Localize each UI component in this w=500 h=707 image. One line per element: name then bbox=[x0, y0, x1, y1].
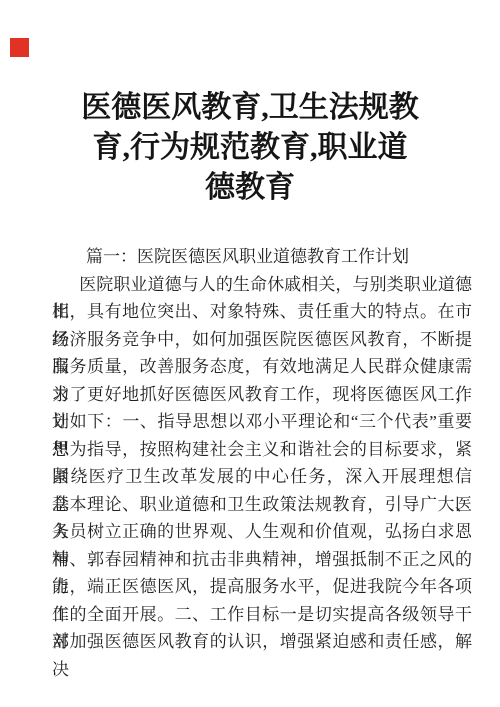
document-page: 医德医风教育,卫生法规教 育,行为规范教育,职业道 德教育 篇一：医院医德医风职… bbox=[0, 0, 500, 707]
body-line: 力，端正医德医风，提高服务水平，促进我院今年各项工 bbox=[52, 573, 472, 601]
title-line: 德教育 bbox=[30, 168, 470, 208]
section-heading: 篇一：医院医德医风职业道德教育工作计划 bbox=[52, 243, 472, 271]
body-line: 对加强医德医风教育的认识，增强紧迫感和责任感，解决 bbox=[52, 628, 472, 656]
document-title: 医德医风教育,卫生法规教 育,行为规范教育,职业道 德教育 bbox=[30, 88, 470, 208]
body-line: 划如下：一、指导思想以邓小平理论和“三个代表”重要思 bbox=[52, 408, 472, 436]
document-body: 篇一：医院医德医风职业道德教育工作计划 医院职业道德与人的生命休戚相关，与别类职… bbox=[52, 243, 472, 656]
body-line: 医院职业道德与人的生命休戚相关，与别类职业道德相 bbox=[52, 271, 472, 299]
body-line: 人员树立正确的世界观、人生观和价值观，弘扬白求恩精 bbox=[52, 518, 472, 546]
body-line: 为了更好地抓好医德医风教育工作，现将医德医风工作计 bbox=[52, 381, 472, 409]
body-line: 基本理论、职业道德和卫生政策法规教育，引导广大医务 bbox=[52, 491, 472, 519]
body-line: 想为指导，按照构建社会主义和谐社会的目标要求，紧紧 bbox=[52, 436, 472, 464]
red-corner-marker bbox=[10, 38, 29, 57]
title-line: 医德医风教育,卫生法规教 bbox=[30, 88, 470, 128]
body-line: 围绕医疗卫生改革发展的中心任务，深入开展理想信念、 bbox=[52, 463, 472, 491]
body-line: 作的全面开展。二、工作目标一是切实提高各级领导干部 bbox=[52, 601, 472, 629]
body-line: 经济服务竞争中，如何加强医院医德医风教育，不断提高 bbox=[52, 326, 472, 354]
title-line: 育,行为规范教育,职业道 bbox=[30, 128, 470, 168]
body-line: 神、郭春园精神和抗击非典精神，增强抵制不正之风的能 bbox=[52, 546, 472, 574]
body-line: 比，具有地位突出、对象特殊、责任重大的特点。在市场 bbox=[52, 298, 472, 326]
body-line: 服务质量，改善服务态度，有效地满足人民群众健康需求， bbox=[52, 353, 472, 381]
